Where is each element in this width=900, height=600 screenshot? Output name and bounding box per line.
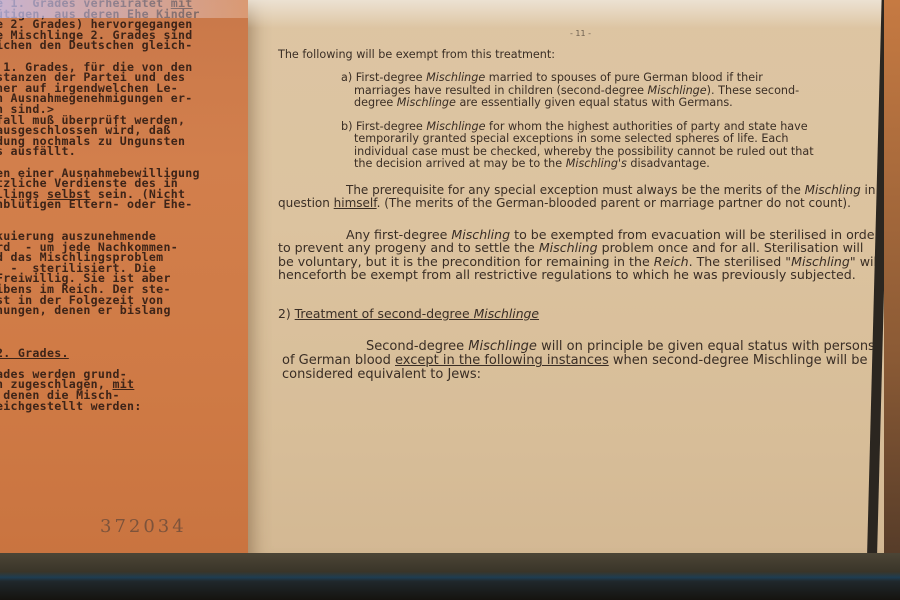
- paragraph-prerequisite: The prerequisite for any special excepti…: [278, 184, 883, 210]
- section-number: 2): [278, 306, 291, 321]
- item-label: b): [341, 120, 356, 133]
- exemption-list: a) First-degree Mischlinge married to sp…: [278, 72, 883, 171]
- typed-line: s ausfällt.: [0, 146, 248, 157]
- section-heading: 2) Treatment of second-degree Mischlinge: [278, 308, 883, 321]
- english-translation-panel: - 11 - The following will be exempt from…: [248, 0, 888, 558]
- typed-line: eichgestellt werden:: [0, 401, 248, 412]
- exemption-item: b) First-degree Mischlinge for whom the …: [278, 121, 883, 171]
- typed-line: ichen den Deutschen gleich-: [0, 40, 248, 51]
- paragraph-sterilisation: Any first-degree Mischling to be exempte…: [278, 228, 883, 282]
- typed-line: hblütigen Eltern- oder Ehe-: [0, 199, 248, 210]
- display-frame-bottom: [0, 553, 900, 600]
- serial-number: 372034: [100, 516, 187, 537]
- display-case-photo: e 1. Grades verheiratet mitütigen, aus d…: [0, 0, 900, 600]
- paragraph-second-degree: Second-degree Mischlinge will on princip…: [278, 340, 883, 382]
- page-number: - 11 -: [278, 28, 883, 41]
- typed-line: [0, 210, 248, 221]
- typed-line: [0, 326, 248, 337]
- typewritten-text: e 1. Grades verheiratet mitütigen, aus d…: [0, 0, 248, 411]
- translation-body: - 11 - The following will be exempt from…: [278, 28, 883, 382]
- intro-line: The following will be exempt from this t…: [278, 49, 883, 62]
- original-german-document: e 1. Grades verheiratet mitütigen, aus d…: [0, 0, 248, 556]
- typed-line: [0, 316, 248, 327]
- item-label: a): [341, 71, 356, 84]
- exemption-item: a) First-degree Mischlinge married to sp…: [278, 72, 883, 110]
- glass-reflection: [0, 0, 248, 18]
- typed-line: 2. Grades.: [0, 348, 248, 359]
- typed-line: nungen, denen er bislang: [0, 305, 248, 316]
- section-title: Treatment of second-degree Mischlinge: [295, 306, 539, 321]
- adjacent-document-edge: [884, 0, 900, 600]
- glass-reflection: [248, 0, 888, 28]
